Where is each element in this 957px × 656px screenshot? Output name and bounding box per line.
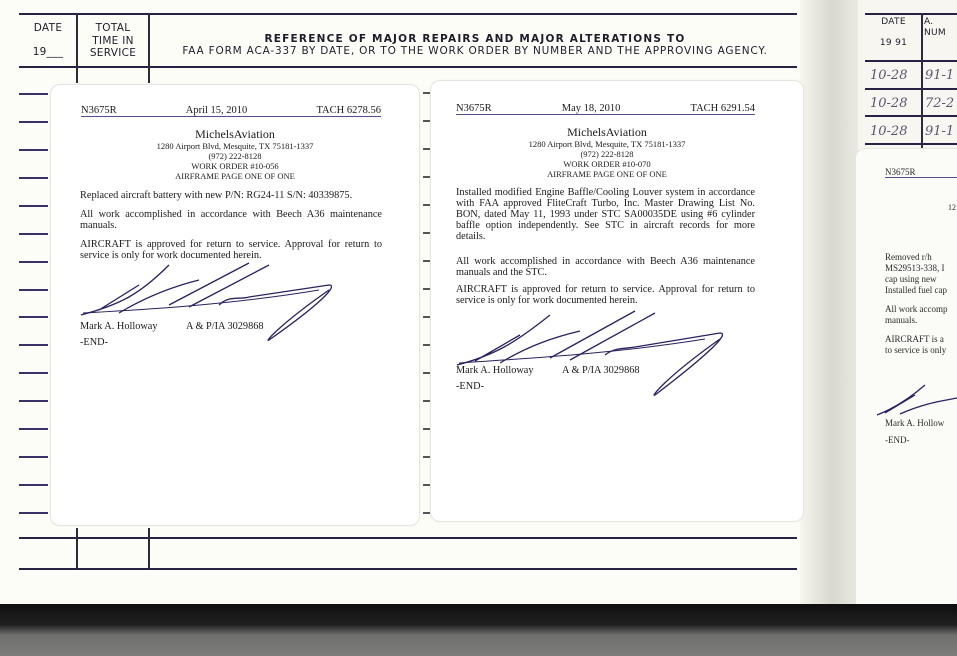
rp-row-ref: 72-2 [925, 96, 954, 111]
rp-row-ref: 91-1 [925, 68, 954, 83]
rp-row-date: 10-28 [870, 96, 907, 111]
end-mark: -END- [456, 381, 484, 392]
rp-para3-line1: AIRCRAFT is a [885, 334, 944, 344]
end-mark: -END- [80, 337, 108, 348]
header-total-time-line3: SERVICE [78, 47, 148, 59]
footer-rule-1 [19, 537, 797, 539]
scanner-edge [0, 604, 957, 656]
tach-reading: TACH 6278.56 [316, 105, 381, 116]
rp-row-ref: 91-1 [925, 124, 954, 139]
work-order-number: WORK ORDER #10-056 [51, 161, 419, 171]
book-gutter [800, 0, 860, 606]
rp-line-1: Removed r/h [885, 252, 932, 262]
tail-number: N3675R [81, 105, 117, 116]
work-order-sticker-1: N3675R April 15, 2010 TACH 6278.56 Miche… [50, 84, 420, 526]
rp-para2-line2: manuals. [885, 315, 917, 325]
rp-signer-name: Mark A. Hollow [885, 418, 944, 428]
entry-date: April 15, 2010 [186, 105, 248, 116]
rp-line-4: Installed fuel cap [885, 285, 947, 295]
rp-para3-line2: to service is only [885, 345, 946, 355]
work-description: Replaced aircraft battery with new P/N: … [80, 190, 382, 201]
sticker-header-line: N3675R May 18, 2010 TACH 6291.54 [456, 103, 755, 115]
rp-header-top-rule [865, 13, 957, 15]
header-date-label: DATE [20, 22, 76, 34]
shop-phone: (972) 222-8128 [431, 149, 783, 159]
rp-line-3: cap using new [885, 274, 937, 284]
rp-row-rule-3 [865, 143, 957, 145]
footer-divider-1 [76, 528, 78, 570]
rp-header-date: DATE [866, 17, 921, 27]
rp-header-col2b: NUM [924, 28, 957, 38]
page-info: AIRFRAME PAGE ONE OF ONE [431, 169, 783, 179]
rp-line-2: MS29513-338, I [885, 263, 945, 273]
shop-phone: (972) 222-8128 [51, 151, 419, 161]
rp-header-year: 19 91 [866, 38, 921, 48]
rp-work-order-sticker [855, 148, 957, 610]
compliance-statement: All work accomplished in accordance with… [80, 209, 382, 231]
sticker-header-line: N3675R April 15, 2010 TACH 6278.56 [81, 105, 381, 117]
work-description: Installed modified Engine Baffle/Cooling… [456, 187, 755, 242]
header-subtitle: FAA FORM ACA-337 BY DATE, OR TO THE WORK… [150, 45, 800, 57]
signer-name: Mark A. Holloway [456, 365, 534, 376]
shop-address: 1280 Airport Blvd, Mesquite, TX 75181-13… [51, 141, 419, 151]
rp-row-date: 10-28 [870, 68, 907, 83]
header-bottom-rule [19, 66, 797, 68]
signer-name: Mark A. Holloway [80, 321, 158, 332]
compliance-statement: All work accomplished in accordance with… [456, 256, 755, 278]
rp-para2-line1: All work accomp [885, 304, 947, 314]
header-date-year: 19___ [20, 46, 76, 58]
shop-address: 1280 Airport Blvd, Mesquite, TX 75181-13… [431, 139, 783, 149]
footer-rule-2 [19, 568, 797, 570]
signature-icon [455, 303, 735, 403]
rp-divider [921, 13, 923, 148]
rp-end-mark: -END- [885, 435, 910, 445]
footer-divider-2 [148, 528, 150, 570]
signer-certificate: A & P/IA 3029868 [186, 321, 264, 332]
rp-header-bottom-rule [865, 60, 957, 62]
header-top-rule [19, 13, 797, 15]
entry-date: May 18, 2010 [562, 103, 621, 114]
tach-reading: TACH 6291.54 [691, 103, 756, 114]
rp-row-rule-1 [865, 88, 957, 90]
header-total-time-line2: TIME IN [78, 35, 148, 47]
work-order-number: WORK ORDER #10-070 [431, 159, 783, 169]
tail-number: N3675R [456, 103, 492, 114]
signer-certificate: A & P/IA 3029868 [562, 365, 640, 376]
header-title: REFERENCE OF MAJOR REPAIRS AND MAJOR ALT… [150, 33, 800, 45]
page-info: AIRFRAME PAGE ONE OF ONE [51, 171, 419, 181]
work-order-sticker-2: N3675R May 18, 2010 TACH 6291.54 Michels… [430, 80, 804, 522]
rp-header-col2: A. [924, 17, 957, 27]
rp-address-fragment: 12 [948, 203, 956, 212]
shop-name: MichelsAviation [431, 125, 783, 139]
header-total-time-line1: TOTAL [78, 22, 148, 34]
rp-tail-number: N3675R [885, 167, 957, 178]
rp-row-date: 10-28 [870, 124, 907, 139]
rp-signature-icon [875, 380, 957, 420]
rp-row-rule-2 [865, 115, 957, 117]
shop-name: MichelsAviation [51, 127, 419, 141]
